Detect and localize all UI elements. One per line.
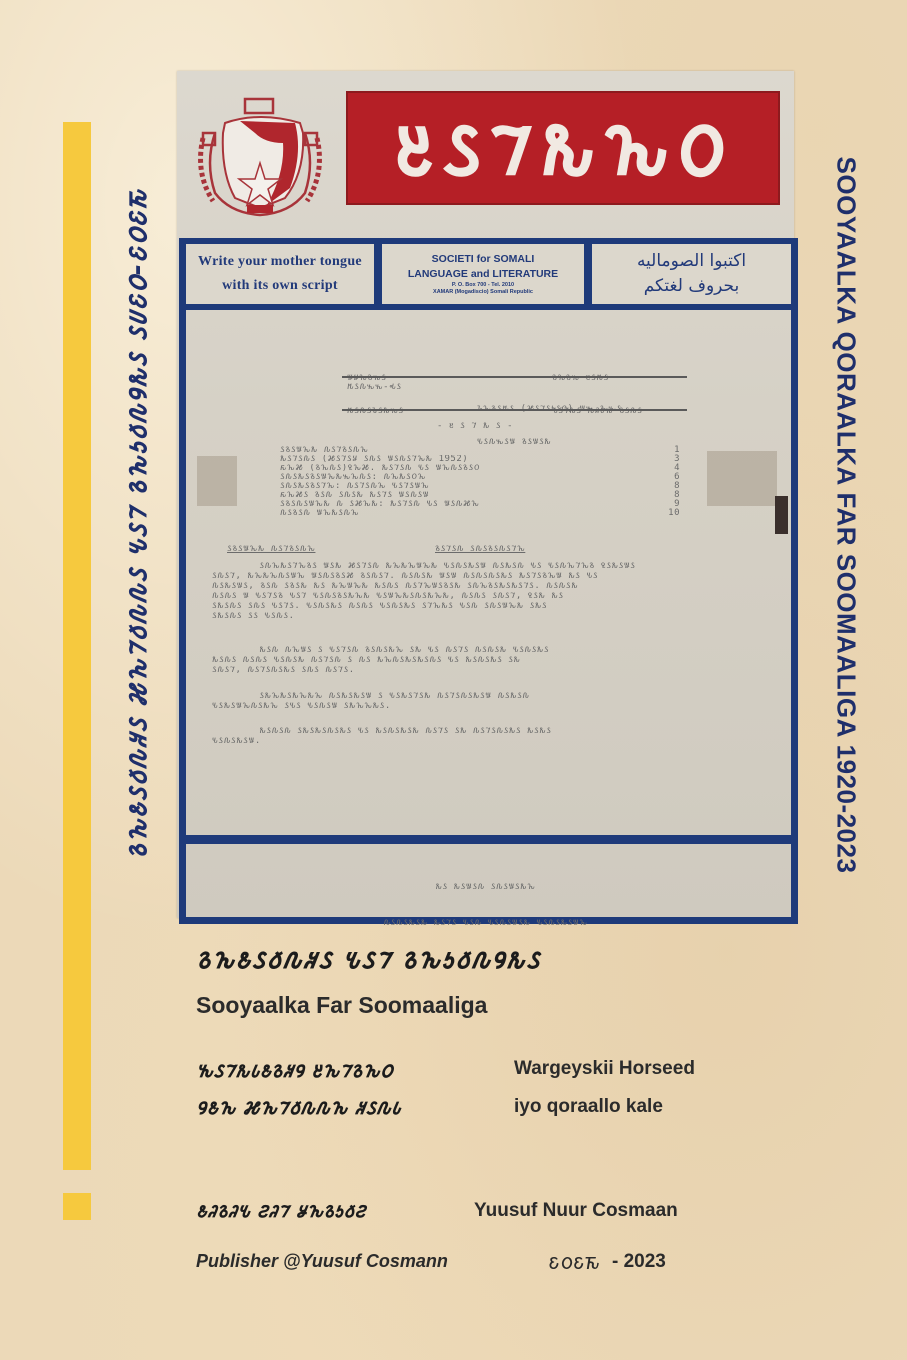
subheading: 𐒖𐒈𐒖𐒁𐒙𐒌 𐒐𐒖𐒇𐒈𐒖𐒐𐒙 bbox=[227, 544, 315, 554]
typed-rule bbox=[342, 376, 687, 378]
toc-row: 𐒖𐒐𐒖𐒌𐒖𐒈𐒖𐒁𐒙𐒌𐒓𐒙𐒐𐒖: 𐒐𐒙𐒌𐒖𐒆𐒙6 bbox=[280, 473, 680, 482]
toc-row: 𐒅𐒙𐒎𐒖 𐒈𐒖𐒐 𐒖𐒐𐒖𐒌 𐒌𐒖𐒇𐒖 𐒁𐒖𐒐𐒖𐒁8 bbox=[280, 491, 680, 500]
author-name: Yuusuf Nuur Cosmaan bbox=[474, 1200, 678, 1222]
letterhead-header: Write your mother tongue with its own sc… bbox=[179, 238, 798, 310]
toc-row: 𐒐𐒖𐒈𐒖𐒐 𐒁𐒙𐒌𐒖𐒐𐒙10 bbox=[280, 509, 680, 518]
toc-row: 𐒅𐒙𐒎 (𐒈𐒙𐒐𐒖)𐒉𐒙𐒎. 𐒌𐒖𐒇𐒖𐒐 𐒍𐒖 𐒁𐒙𐒐𐒖𐒈𐒖𐒆4 bbox=[280, 464, 680, 473]
yellow-stripe-segment bbox=[63, 1193, 91, 1220]
society-panel: SOCIETI for SOMALI LANGUAGE and LITERATU… bbox=[382, 244, 584, 304]
coat-of-arms-emblem-icon bbox=[185, 93, 335, 221]
vertical-osmanya-title: 𐒈𐒙𐒕𐒖𐒀𐒐𐒏𐒖 𐒎𐒙𐒇𐒀𐒐𐒐𐒖 𐒍𐒖𐒇 𐒈𐒙𐒑𐒀𐒐𐒘𐒌𐒖 𐒡𐒩𐒢𐒠-𐒢𐒠𐒢𐒣 bbox=[118, 104, 158, 944]
footer-divider bbox=[179, 835, 798, 844]
toc-row: 𐒖𐒈𐒖𐒁𐒙𐒌 𐒐𐒖𐒇𐒈𐒖𐒐𐒙1 bbox=[280, 446, 680, 455]
masthead-banner: 𐒔𐒖𐒇𐒌𐒙𐒆 bbox=[346, 91, 780, 205]
osmanya-subtitle-1: 𐒓𐒖𐒇𐒌𐒗𐒕𐒈𐒏𐒘 𐒔𐒙𐒇𐒈𐒙𐒆 bbox=[196, 1058, 393, 1082]
latin-subtitle-1: Wargeyskii Horseed bbox=[514, 1058, 695, 1080]
latin-subtitle-2: iyo qoraallo kale bbox=[514, 1096, 663, 1118]
tape-mark bbox=[707, 451, 777, 506]
toc-row: 𐒌𐒖𐒇𐒖𐒐𐒖 (𐒎𐒖𐒇𐒖𐒋 𐒖𐒐𐒖 𐒁𐒖𐒐𐒖𐒇𐒙𐒌 1952)3 bbox=[280, 455, 680, 464]
year-latin: - 2023 bbox=[612, 1251, 666, 1273]
typed-rule bbox=[342, 409, 687, 411]
subheading: 𐒈𐒖𐒇𐒖𐒐 𐒖𐒐𐒖𐒈𐒖𐒐𐒖𐒇𐒙 bbox=[435, 544, 525, 554]
yellow-stripe bbox=[63, 122, 91, 1170]
section-mark: - 𐒔 𐒖 𐒇 𐒌 𐒖 - bbox=[437, 421, 513, 431]
tape-mark bbox=[197, 456, 237, 506]
typed-sender: 𐒁𐒋𐒙𐒈𐒓𐒖 𐒄𐒖𐒐𐒖𐒊𐒖𐒌𐒓𐒖 bbox=[347, 351, 404, 439]
slogan-panel: Write your mother tongue with its own sc… bbox=[186, 244, 374, 304]
body-paragraph: 𐒖𐒐𐒙𐒌𐒖𐒇𐒙𐒈𐒖 𐒁𐒖𐒌 𐒎𐒖𐒇𐒖𐒐 𐒌𐒙𐒌𐒙𐒁𐒙𐒌 𐒍𐒖𐒐𐒖𐒌𐒖𐒁 𐒐𐒖𐒌𐒖… bbox=[212, 561, 752, 621]
arabic-slogan-panel: اكتبوا الصوماليه بحروف لغتكم bbox=[592, 244, 791, 304]
osmanya-author: 𐒕𐒚𐒈𐒚𐒍 𐒒𐒚𐒇 𐒋𐒙𐒈𐒑𐒀𐒒 bbox=[196, 1200, 366, 1222]
osmanya-title: 𐒈𐒙𐒕𐒖𐒀𐒐𐒏𐒖 𐒍𐒖𐒇 𐒈𐒙𐒑𐒀𐒐𐒘𐒌𐒖 bbox=[196, 945, 541, 976]
tape-strip bbox=[775, 496, 788, 534]
toc-row: 𐒖𐒐𐒖𐒌𐒖𐒈𐒖𐒇𐒙: 𐒐𐒖𐒇𐒖𐒐𐒙 𐒍𐒖𐒇𐒖𐒁𐒙8 bbox=[280, 482, 680, 491]
footer-address: 𐒌𐒖 𐒌𐒖𐒁𐒖𐒐 𐒖𐒐𐒖𐒁𐒖𐒌𐒙 𐒐𐒖𐒐𐒖𐒌𐒖𐒌 𐒌𐒖𐒇𐒖 𐒍𐒖𐒐 𐒍𐒖𐒐𐒖𐒁𐒖… bbox=[177, 857, 794, 953]
vertical-latin-title: SOOYAALKA QORAALKA FAR SOOMAALIGA 1920-2… bbox=[826, 94, 866, 936]
table-of-contents: 𐒖𐒈𐒖𐒁𐒙𐒌 𐒐𐒖𐒇𐒈𐒖𐒐𐒙1 𐒌𐒖𐒇𐒖𐒐𐒖 (𐒎𐒖𐒇𐒖𐒋 𐒖𐒐𐒖 𐒁𐒖𐒐𐒖𐒇𐒙… bbox=[280, 446, 680, 518]
letterhead-document: 𐒔𐒖𐒇𐒌𐒙𐒆 Write your mother tongue with its… bbox=[177, 71, 794, 918]
body-paragraph: 𐒖𐒌𐒙𐒌𐒖𐒌𐒙𐒌𐒙 𐒐𐒖𐒌𐒖𐒌𐒖𐒁 𐒖 𐒍𐒖𐒌𐒖𐒇𐒖𐒌 𐒐𐒖𐒇𐒖𐒐𐒖𐒌𐒖𐒁 𐒐𐒖… bbox=[212, 691, 752, 711]
toc-row: 𐒖𐒈𐒖𐒐𐒖𐒁𐒙𐒌 𐒐 𐒖𐒎𐒙𐒌: 𐒌𐒖𐒇𐒖𐒐 𐒍𐒖 𐒁𐒖𐒐𐒎𐒙9 bbox=[280, 500, 680, 509]
osmanya-subtitle-2: 𐒘𐒕𐒙 𐒎𐒙𐒇𐒀𐒐𐒐𐒙 𐒏𐒖𐒐𐒗 bbox=[196, 1095, 401, 1119]
publisher-credit: Publisher @Yuusuf Cosmann bbox=[196, 1251, 448, 1272]
body-paragraph: 𐒌𐒖𐒐𐒖𐒐 𐒖𐒌𐒖𐒌𐒖𐒐𐒖𐒌𐒖 𐒍𐒖 𐒌𐒖𐒐𐒖𐒌𐒖𐒌 𐒐𐒖𐒇𐒖 𐒖𐒌 𐒐𐒖𐒇𐒖𐒐… bbox=[212, 726, 752, 746]
typed-reference: 𐒄𐒖𐒐𐒓𐒓-𐒂𐒖 bbox=[347, 382, 402, 392]
body-paragraph: 𐒌𐒖𐒐 𐒐𐒙𐒁𐒖 𐒖 𐒍𐒖𐒇𐒖𐒐 𐒈𐒖𐒐𐒖𐒌𐒙 𐒖𐒌 𐒍𐒖 𐒐𐒖𐒇𐒖 𐒐𐒖𐒐𐒖𐒌… bbox=[212, 645, 752, 675]
year-osmanya: 𐒢𐒠𐒢𐒣 bbox=[548, 1250, 600, 1274]
latin-title: Sooyaalka Far Soomaaliga bbox=[196, 992, 487, 1019]
